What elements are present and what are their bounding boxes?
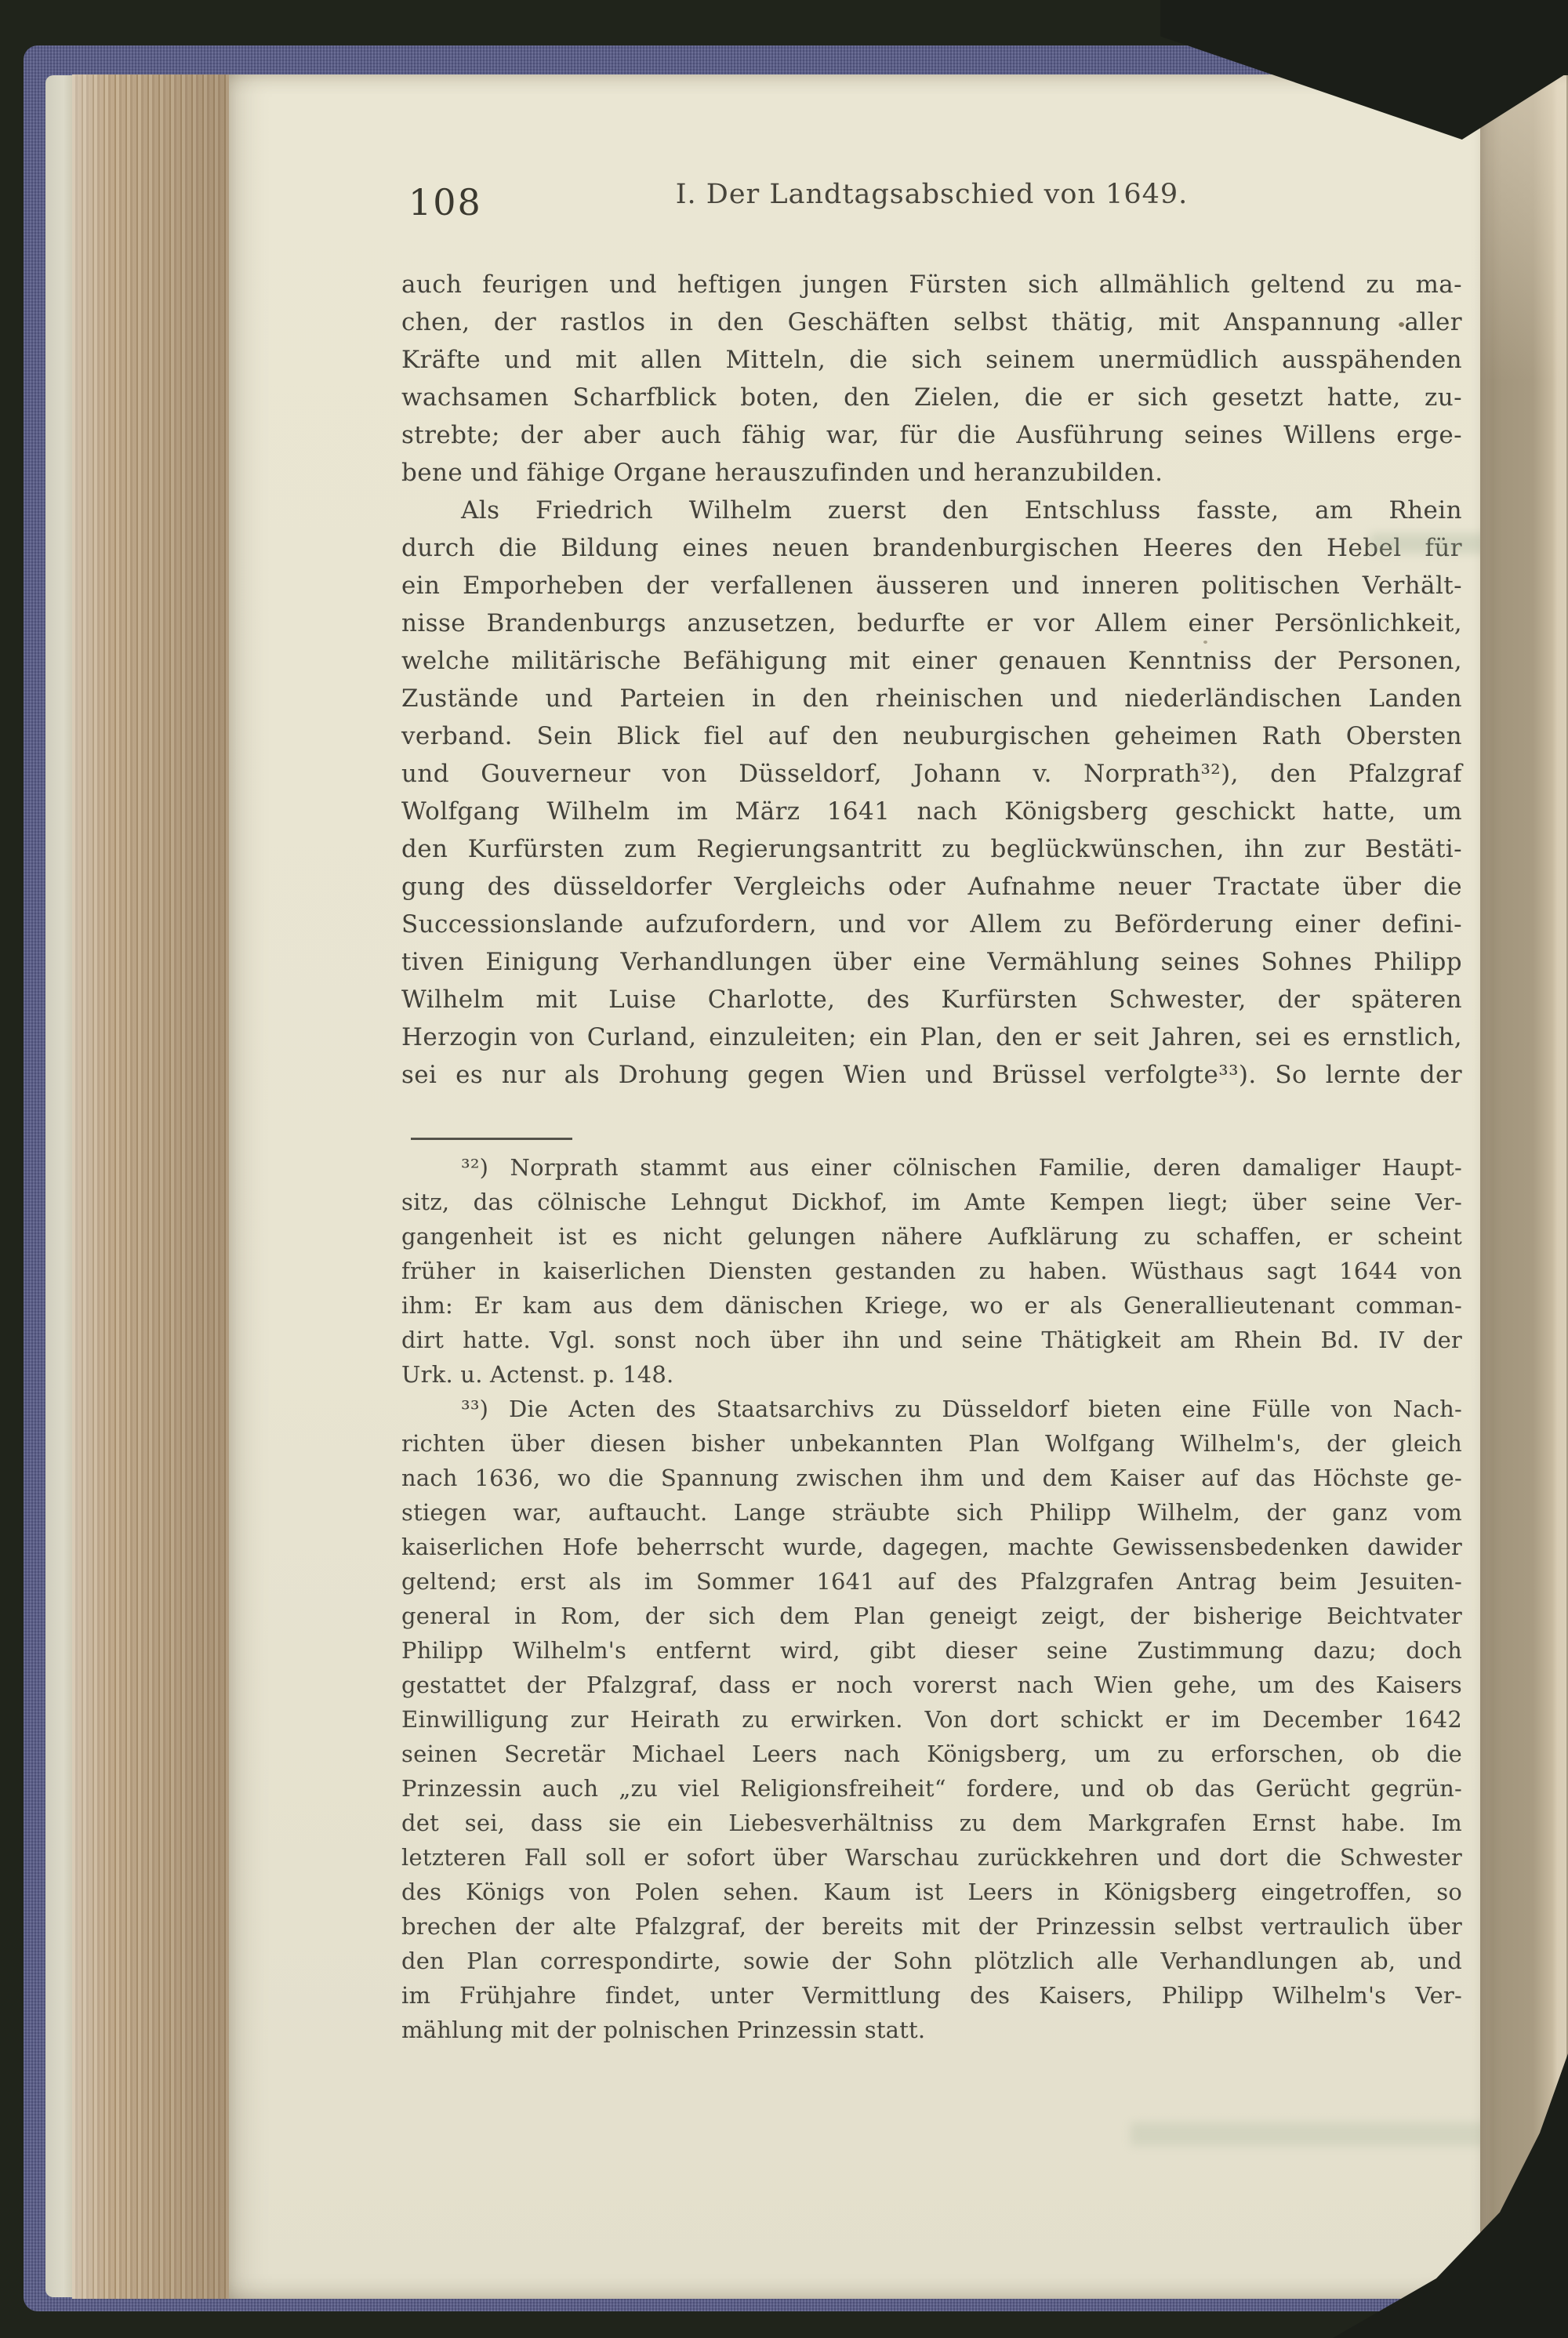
text-line: geltend; erst als im Sommer 1641 auf des… <box>401 1564 1462 1599</box>
paper-speck <box>1203 641 1207 644</box>
paragraph: Als Friedrich Wilhelm zuerst den Entschl… <box>401 492 1462 1094</box>
main-text-block: auch feurigen und heftigen jungen Fürste… <box>401 266 1462 1094</box>
text-line: gestattet der Pfalzgraf, dass er noch vo… <box>401 1668 1462 1702</box>
text-line: ³³) Die Acten des Staatsarchivs zu Düsse… <box>401 1392 1462 1426</box>
text-line: gangenheit ist es nicht gelungen nähere … <box>401 1219 1462 1254</box>
running-header: I. Der Landtagsabschied von 1649. <box>401 181 1462 209</box>
text-line: Successionslande aufzufordern, und vor A… <box>401 906 1462 943</box>
text-line: ihm: Er kam aus dem dänischen Kriege, wo… <box>401 1288 1462 1323</box>
text-line: Kräfte und mit allen Mitteln, die sich s… <box>401 341 1462 379</box>
text-line: tiven Einigung Verhandlungen über eine V… <box>401 943 1462 981</box>
text-line: nisse Brandenburgs anzusetzen, bedurfte … <box>401 604 1462 642</box>
paragraph: auch feurigen und heftigen jungen Fürste… <box>401 266 1462 492</box>
text-line: letzteren Fall soll er sofort über Warsc… <box>401 1840 1462 1875</box>
text-line: den Kurfürsten zum Regierungsantritt zu … <box>401 830 1462 868</box>
text-line: des Königs von Polen sehen. Kaum ist Lee… <box>401 1875 1462 1909</box>
text-line: Prinzessin auch „zu viel Religionsfreihe… <box>401 1771 1462 1806</box>
scan-background: 108 I. Der Landtagsabschied von 1649. au… <box>0 0 1568 2338</box>
text-line: wachsamen Scharfblick boten, den Zielen,… <box>401 379 1462 416</box>
text-line: stiegen war, auftaucht. Lange sträubte s… <box>401 1495 1462 1530</box>
text-line: kaiserlichen Hofe beherrscht wurde, dage… <box>401 1530 1462 1564</box>
text-line: Einwilligung zur Heirath zu erwirken. Vo… <box>401 1702 1462 1737</box>
text-line: richten über diesen bisher unbekannten P… <box>401 1426 1462 1461</box>
footnote: ³³) Die Acten des Staatsarchivs zu Düsse… <box>401 1392 1462 2047</box>
text-line: strebte; der aber auch fähig war, für di… <box>401 416 1462 454</box>
text-line: ³²) Norprath stammt aus einer cölnischen… <box>401 1150 1462 1185</box>
book-page: 108 I. Der Landtagsabschied von 1649. au… <box>229 74 1482 2299</box>
text-line: mählung mit der polnischen Prinzessin st… <box>401 2013 1462 2047</box>
text-line: früher in kaiserlichen Diensten gestande… <box>401 1254 1462 1288</box>
text-line: chen, der rastlos in den Geschäften selb… <box>401 303 1462 341</box>
text-line: Zustände und Parteien in den rheinischen… <box>401 680 1462 717</box>
text-line: Herzogin von Curland, einzuleiten; ein P… <box>401 1018 1462 1056</box>
text-line: verband. Sein Blick fiel auf den neuburg… <box>401 717 1462 755</box>
text-line: Philipp Wilhelm's entfernt wird, gibt di… <box>401 1633 1462 1668</box>
text-line: Urk. u. Actenst. p. 148. <box>401 1357 1462 1392</box>
text-line: dirt hatte. Vgl. sonst noch über ihn und… <box>401 1323 1462 1357</box>
text-line: sei es nur als Drohung gegen Wien und Br… <box>401 1056 1462 1094</box>
text-line: bene und fähige Organe herauszufinden un… <box>401 454 1462 492</box>
endpaper-edge <box>45 75 75 2297</box>
text-line: gung des düsseldorfer Vergleichs oder Au… <box>401 868 1462 906</box>
text-line: Wolfgang Wilhelm im März 1641 nach König… <box>401 793 1462 830</box>
text-line: welche militärische Befähigung mit einer… <box>401 642 1462 680</box>
footnote-separator <box>411 1138 572 1140</box>
text-line: ein Emporheben der verfallenen äusseren … <box>401 567 1462 604</box>
page-edge-stack <box>72 74 229 2299</box>
text-line: Wilhelm mit Luise Charlotte, des Kurfürs… <box>401 981 1462 1018</box>
text-line: sitz, das cölnische Lehngut Dickhof, im … <box>401 1185 1462 1219</box>
text-line: general in Rom, der sich dem Plan geneig… <box>401 1599 1462 1633</box>
text-line: den Plan correspondirte, sowie der Sohn … <box>401 1944 1462 1978</box>
text-line: durch die Bildung eines neuen brandenbur… <box>401 529 1462 567</box>
paper-speck <box>579 1266 583 1270</box>
text-line: auch feurigen und heftigen jungen Fürste… <box>401 266 1462 303</box>
paper-speck <box>1399 322 1404 327</box>
text-line: im Frühjahre findet, unter Vermittlung d… <box>401 1978 1462 2013</box>
text-line: det sei, dass sie ein Liebesverhältniss … <box>401 1806 1462 1840</box>
text-line: Als Friedrich Wilhelm zuerst den Entschl… <box>401 492 1462 529</box>
footnote: ³²) Norprath stammt aus einer cölnischen… <box>401 1150 1462 1392</box>
facing-page-edge <box>1480 75 1568 2263</box>
text-line: nach 1636, wo die Spannung zwischen ihm … <box>401 1461 1462 1495</box>
text-line: und Gouverneur von Düsseldorf, Johann v.… <box>401 755 1462 793</box>
text-line: seinen Secretär Michael Leers nach König… <box>401 1737 1462 1771</box>
text-line: brechen der alte Pfalzgraf, der bereits … <box>401 1909 1462 1944</box>
footnotes-block: ³²) Norprath stammt aus einer cölnischen… <box>401 1150 1462 2047</box>
